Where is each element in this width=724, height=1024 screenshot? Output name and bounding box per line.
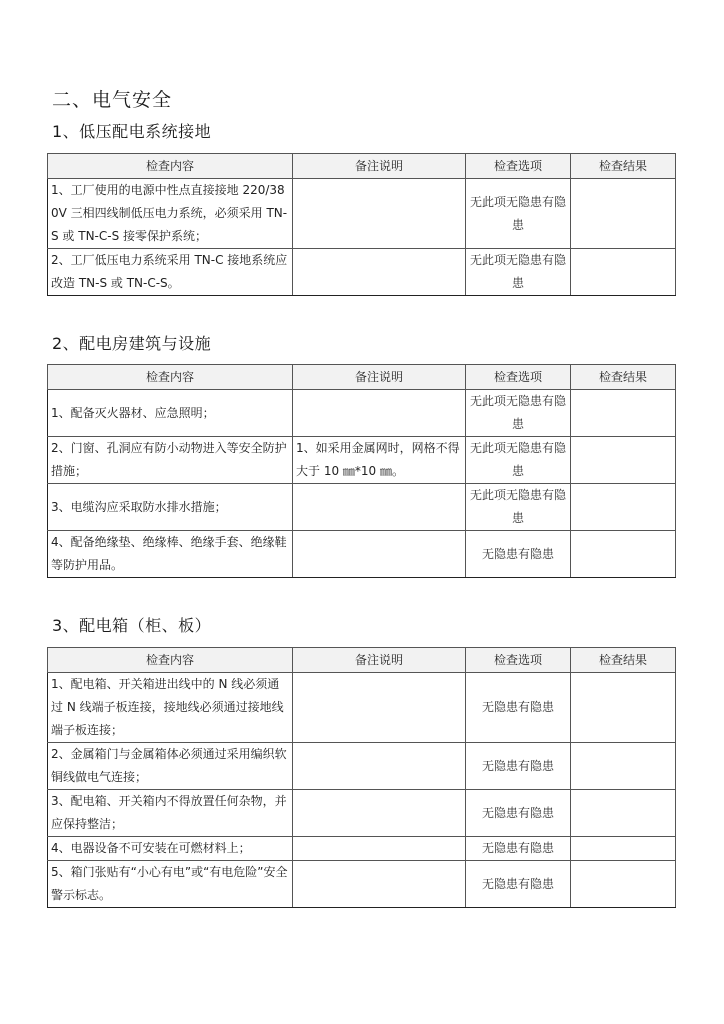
table-row: 3、配电箱、开关箱内不得放置任何杂物，并应保持整洁； 无隐患有隐患 bbox=[48, 790, 676, 837]
options-cell[interactable]: 无隐患有隐患 bbox=[466, 861, 571, 908]
subsection-heading-grounding: 1、低压配电系统接地 bbox=[52, 121, 211, 143]
result-cell[interactable] bbox=[571, 390, 676, 437]
table-row: 5、箱门张贴有“小心有电”或“有电危险”安全警示标志。 无隐患有隐患 bbox=[48, 861, 676, 908]
result-cell[interactable] bbox=[571, 437, 676, 484]
table-header-row: 检查内容 备注说明 检查选项 检查结果 bbox=[48, 365, 676, 390]
column-header-content: 检查内容 bbox=[48, 154, 293, 179]
result-cell[interactable] bbox=[571, 837, 676, 861]
note-cell[interactable]: 1、如采用金属网时，网格不得大于 10 ㎜*10 ㎜。 bbox=[293, 437, 466, 484]
result-cell[interactable] bbox=[571, 743, 676, 790]
checklist-table-distribution-box: 检查内容 备注说明 检查选项 检查结果 1、配电箱、开关箱进出线中的 N 线必须… bbox=[47, 647, 676, 908]
column-header-content: 检查内容 bbox=[48, 648, 293, 673]
result-cell[interactable] bbox=[571, 790, 676, 837]
note-cell[interactable] bbox=[293, 673, 466, 743]
result-cell[interactable] bbox=[571, 531, 676, 578]
column-header-note: 备注说明 bbox=[293, 648, 466, 673]
checklist-table-power-room: 检查内容 备注说明 检查选项 检查结果 1、配备灭火器材、应急照明； 无此项无隐… bbox=[47, 364, 676, 578]
options-cell[interactable]: 无此项无隐患有隐患 bbox=[466, 484, 571, 531]
result-cell[interactable] bbox=[571, 861, 676, 908]
options-cell[interactable]: 无隐患有隐患 bbox=[466, 531, 571, 578]
check-content: 3、电缆沟应采取防水排水措施； bbox=[48, 484, 293, 531]
column-header-result: 检查结果 bbox=[571, 365, 676, 390]
check-content: 2、工厂低压电力系统采用 TN-C 接地系统应改造 TN-S 或 TN-C-S。 bbox=[48, 249, 293, 296]
check-content: 2、门窗、孔洞应有防小动物进入等安全防护措施； bbox=[48, 437, 293, 484]
note-cell[interactable] bbox=[293, 743, 466, 790]
options-cell[interactable]: 无隐患有隐患 bbox=[466, 837, 571, 861]
table-row: 1、配电箱、开关箱进出线中的 N 线必须通过 N 线端子板连接，接地线必须通过接… bbox=[48, 673, 676, 743]
checklist-table-grounding: 检查内容 备注说明 检查选项 检查结果 1、工厂使用的电源中性点直接接地 220… bbox=[47, 153, 676, 296]
table-row: 4、配备绝缘垫、绝缘棒、绝缘手套、绝缘鞋等防护用品。 无隐患有隐患 bbox=[48, 531, 676, 578]
table-row: 2、工厂低压电力系统采用 TN-C 接地系统应改造 TN-S 或 TN-C-S。… bbox=[48, 249, 676, 296]
result-cell[interactable] bbox=[571, 249, 676, 296]
column-header-note: 备注说明 bbox=[293, 154, 466, 179]
table-row: 1、配备灭火器材、应急照明； 无此项无隐患有隐患 bbox=[48, 390, 676, 437]
table-header-row: 检查内容 备注说明 检查选项 检查结果 bbox=[48, 648, 676, 673]
check-content: 3、配电箱、开关箱内不得放置任何杂物，并应保持整洁； bbox=[48, 790, 293, 837]
column-header-note: 备注说明 bbox=[293, 365, 466, 390]
check-content: 1、配电箱、开关箱进出线中的 N 线必须通过 N 线端子板连接，接地线必须通过接… bbox=[48, 673, 293, 743]
options-cell[interactable]: 无隐患有隐患 bbox=[466, 790, 571, 837]
check-content: 5、箱门张贴有“小心有电”或“有电危险”安全警示标志。 bbox=[48, 861, 293, 908]
check-content: 4、电器设备不可安装在可燃材料上； bbox=[48, 837, 293, 861]
table-row: 2、金属箱门与金属箱体必须通过采用编织软铜线做电气连接； 无隐患有隐患 bbox=[48, 743, 676, 790]
column-header-result: 检查结果 bbox=[571, 154, 676, 179]
check-content: 4、配备绝缘垫、绝缘棒、绝缘手套、绝缘鞋等防护用品。 bbox=[48, 531, 293, 578]
subsection-heading-power-room: 2、配电房建筑与设施 bbox=[52, 333, 211, 355]
note-cell[interactable] bbox=[293, 249, 466, 296]
column-header-options: 检查选项 bbox=[466, 365, 571, 390]
column-header-content: 检查内容 bbox=[48, 365, 293, 390]
options-cell[interactable]: 无此项无隐患有隐患 bbox=[466, 179, 571, 249]
section-title: 二、电气安全 bbox=[52, 88, 172, 112]
note-cell[interactable] bbox=[293, 484, 466, 531]
column-header-result: 检查结果 bbox=[571, 648, 676, 673]
table-row: 3、电缆沟应采取防水排水措施； 无此项无隐患有隐患 bbox=[48, 484, 676, 531]
check-content: 1、配备灭火器材、应急照明； bbox=[48, 390, 293, 437]
table-row: 4、电器设备不可安装在可燃材料上； 无隐患有隐患 bbox=[48, 837, 676, 861]
note-cell[interactable] bbox=[293, 861, 466, 908]
note-cell[interactable] bbox=[293, 179, 466, 249]
column-header-options: 检查选项 bbox=[466, 154, 571, 179]
options-cell[interactable]: 无此项无隐患有隐患 bbox=[466, 437, 571, 484]
note-cell[interactable] bbox=[293, 390, 466, 437]
options-cell[interactable]: 无此项无隐患有隐患 bbox=[466, 249, 571, 296]
table-header-row: 检查内容 备注说明 检查选项 检查结果 bbox=[48, 154, 676, 179]
note-cell[interactable] bbox=[293, 790, 466, 837]
check-content: 2、金属箱门与金属箱体必须通过采用编织软铜线做电气连接； bbox=[48, 743, 293, 790]
subsection-heading-distribution-box: 3、配电箱（柜、板） bbox=[52, 615, 211, 637]
check-content: 1、工厂使用的电源中性点直接接地 220/380V 三相四线制低压电力系统，必须… bbox=[48, 179, 293, 249]
options-cell[interactable]: 无隐患有隐患 bbox=[466, 743, 571, 790]
table-row: 2、门窗、孔洞应有防小动物进入等安全防护措施； 1、如采用金属网时，网格不得大于… bbox=[48, 437, 676, 484]
table-row: 1、工厂使用的电源中性点直接接地 220/380V 三相四线制低压电力系统，必须… bbox=[48, 179, 676, 249]
result-cell[interactable] bbox=[571, 673, 676, 743]
result-cell[interactable] bbox=[571, 484, 676, 531]
options-cell[interactable]: 无隐患有隐患 bbox=[466, 673, 571, 743]
note-cell[interactable] bbox=[293, 837, 466, 861]
column-header-options: 检查选项 bbox=[466, 648, 571, 673]
options-cell[interactable]: 无此项无隐患有隐患 bbox=[466, 390, 571, 437]
note-cell[interactable] bbox=[293, 531, 466, 578]
result-cell[interactable] bbox=[571, 179, 676, 249]
